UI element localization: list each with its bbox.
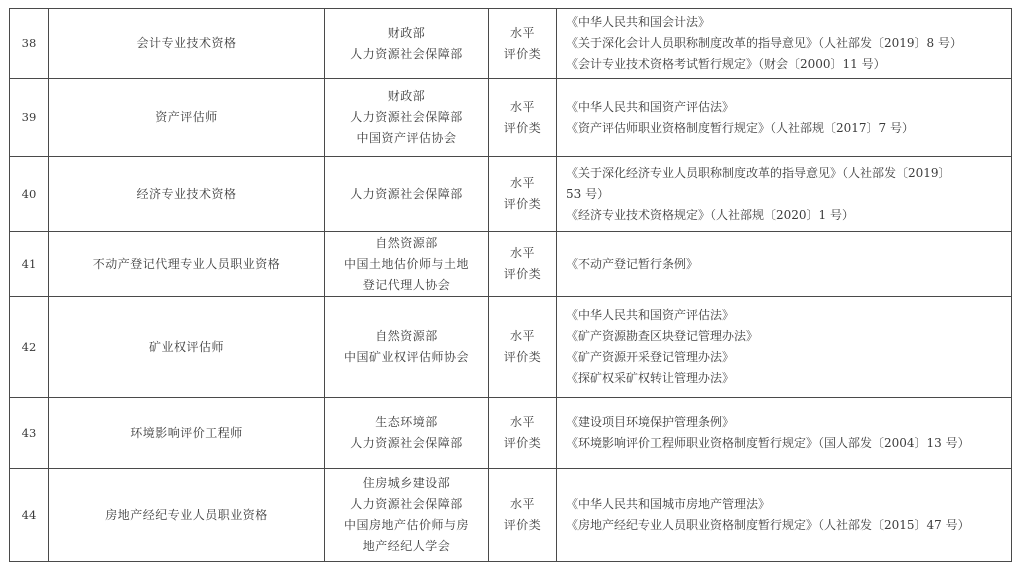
qualification-name: 经济专业技术资格 [49, 157, 325, 232]
basis-item: 《资产评估师职业资格制度暂行规定》（人社部规〔2017〕7 号） [566, 118, 1007, 139]
basis-item: 《建设项目环境保护管理条例》 [566, 412, 1007, 433]
type-label: 水平 [489, 173, 556, 194]
basis-cell: 《中华人民共和国会计法》 《关于深化会计人员职称制度改革的指导意见》（人社部发〔… [557, 9, 1012, 79]
qualification-table: 38 会计专业技术资格 财政部 人力资源社会保障部 水平 评价类 《中华人民共和… [9, 8, 1012, 562]
department: 人力资源社会保障部 [325, 107, 488, 128]
basis-item: 《中华人民共和国城市房地产管理法》 [566, 494, 1007, 515]
basis-item: 《关于深化经济专业人员职称制度改革的指导意见》（人社部发〔2019〕 [566, 163, 1007, 184]
table-row: 42 矿业权评估师 自然资源部 中国矿业权评估师协会 水平 评价类 《中华人民共… [10, 297, 1012, 398]
type-label: 评价类 [489, 194, 556, 215]
type-label: 评价类 [489, 118, 556, 139]
basis-cell: 《中华人民共和国城市房地产管理法》 《房地产经纪专业人员职业资格制度暂行规定》（… [557, 469, 1012, 562]
type-cell: 水平 评价类 [489, 232, 557, 297]
basis-item: 《关于深化会计人员职称制度改革的指导意见》（人社部发〔2019〕8 号） [566, 33, 1007, 54]
department-cell: 财政部 人力资源社会保障部 [325, 9, 489, 79]
department: 生态环境部 [325, 412, 488, 433]
basis-item: 《矿产资源勘查区块登记管理办法》 [566, 326, 1007, 347]
qualification-name: 不动产登记代理专业人员职业资格 [49, 232, 325, 297]
basis-item: 《探矿权采矿权转让管理办法》 [566, 368, 1007, 389]
qualification-name: 环境影响评价工程师 [49, 398, 325, 469]
qualification-name: 会计专业技术资格 [49, 9, 325, 79]
basis-cell: 《关于深化经济专业人员职称制度改革的指导意见》（人社部发〔2019〕 53 号）… [557, 157, 1012, 232]
department: 人力资源社会保障部 [325, 184, 488, 205]
department: 自然资源部 [325, 326, 488, 347]
table-row: 43 环境影响评价工程师 生态环境部 人力资源社会保障部 水平 评价类 《建设项… [10, 398, 1012, 469]
basis-item: 《中华人民共和国资产评估法》 [566, 305, 1007, 326]
table-row: 40 经济专业技术资格 人力资源社会保障部 水平 评价类 《关于深化经济专业人员… [10, 157, 1012, 232]
type-cell: 水平 评价类 [489, 398, 557, 469]
department: 人力资源社会保障部 [325, 494, 488, 515]
department: 自然资源部 [325, 233, 488, 254]
row-number: 39 [10, 79, 49, 157]
basis-cell: 《中华人民共和国资产评估法》 《矿产资源勘查区块登记管理办法》 《矿产资源开采登… [557, 297, 1012, 398]
row-number: 41 [10, 232, 49, 297]
qualification-name: 资产评估师 [49, 79, 325, 157]
row-number: 42 [10, 297, 49, 398]
type-cell: 水平 评价类 [489, 157, 557, 232]
basis-item: 《中华人民共和国会计法》 [566, 12, 1007, 33]
department: 人力资源社会保障部 [325, 433, 488, 454]
basis-item: 《经济专业技术资格规定》（人社部规〔2020〕1 号） [566, 205, 1007, 226]
department: 中国土地估价师与土地 [325, 254, 488, 275]
department-cell: 住房城乡建设部 人力资源社会保障部 中国房地产估价师与房 地产经纪人学会 [325, 469, 489, 562]
type-label: 水平 [489, 243, 556, 264]
department: 中国矿业权评估师协会 [325, 347, 488, 368]
department: 住房城乡建设部 [325, 473, 488, 494]
type-label: 评价类 [489, 264, 556, 285]
basis-item: 《会计专业技术资格考试暂行规定》（财会〔2000〕11 号） [566, 54, 1007, 75]
type-cell: 水平 评价类 [489, 469, 557, 562]
table-row: 39 资产评估师 财政部 人力资源社会保障部 中国资产评估协会 水平 评价类 《… [10, 79, 1012, 157]
qualification-name: 房地产经纪专业人员职业资格 [49, 469, 325, 562]
department: 地产经纪人学会 [325, 536, 488, 557]
row-number: 40 [10, 157, 49, 232]
department: 中国资产评估协会 [325, 128, 488, 149]
type-label: 水平 [489, 23, 556, 44]
table-row: 44 房地产经纪专业人员职业资格 住房城乡建设部 人力资源社会保障部 中国房地产… [10, 469, 1012, 562]
table-row: 38 会计专业技术资格 财政部 人力资源社会保障部 水平 评价类 《中华人民共和… [10, 9, 1012, 79]
basis-cell: 《不动产登记暂行条例》 [557, 232, 1012, 297]
department: 人力资源社会保障部 [325, 44, 488, 65]
department: 财政部 [325, 86, 488, 107]
basis-item: 《环境影响评价工程师职业资格制度暂行规定》（国人部发〔2004〕13 号） [566, 433, 1007, 454]
basis-item: 《不动产登记暂行条例》 [566, 254, 1007, 275]
table-row: 41 不动产登记代理专业人员职业资格 自然资源部 中国土地估价师与土地 登记代理… [10, 232, 1012, 297]
type-label: 评价类 [489, 44, 556, 65]
type-label: 水平 [489, 326, 556, 347]
type-cell: 水平 评价类 [489, 297, 557, 398]
basis-item: 《矿产资源开采登记管理办法》 [566, 347, 1007, 368]
type-label: 评价类 [489, 433, 556, 454]
basis-item: 53 号） [566, 184, 1007, 205]
department: 中国房地产估价师与房 [325, 515, 488, 536]
department: 财政部 [325, 23, 488, 44]
row-number: 38 [10, 9, 49, 79]
type-cell: 水平 评价类 [489, 79, 557, 157]
type-label: 水平 [489, 494, 556, 515]
qualification-name: 矿业权评估师 [49, 297, 325, 398]
type-label: 水平 [489, 412, 556, 433]
basis-item: 《房地产经纪专业人员职业资格制度暂行规定》（人社部发〔2015〕47 号） [566, 515, 1007, 536]
row-number: 43 [10, 398, 49, 469]
basis-cell: 《建设项目环境保护管理条例》 《环境影响评价工程师职业资格制度暂行规定》（国人部… [557, 398, 1012, 469]
basis-cell: 《中华人民共和国资产评估法》 《资产评估师职业资格制度暂行规定》（人社部规〔20… [557, 79, 1012, 157]
department-cell: 自然资源部 中国土地估价师与土地 登记代理人协会 [325, 232, 489, 297]
department-cell: 生态环境部 人力资源社会保障部 [325, 398, 489, 469]
department-cell: 人力资源社会保障部 [325, 157, 489, 232]
type-cell: 水平 评价类 [489, 9, 557, 79]
department: 登记代理人协会 [325, 275, 488, 296]
type-label: 评价类 [489, 347, 556, 368]
basis-item: 《中华人民共和国资产评估法》 [566, 97, 1007, 118]
type-label: 水平 [489, 97, 556, 118]
department-cell: 自然资源部 中国矿业权评估师协会 [325, 297, 489, 398]
department-cell: 财政部 人力资源社会保障部 中国资产评估协会 [325, 79, 489, 157]
row-number: 44 [10, 469, 49, 562]
type-label: 评价类 [489, 515, 556, 536]
